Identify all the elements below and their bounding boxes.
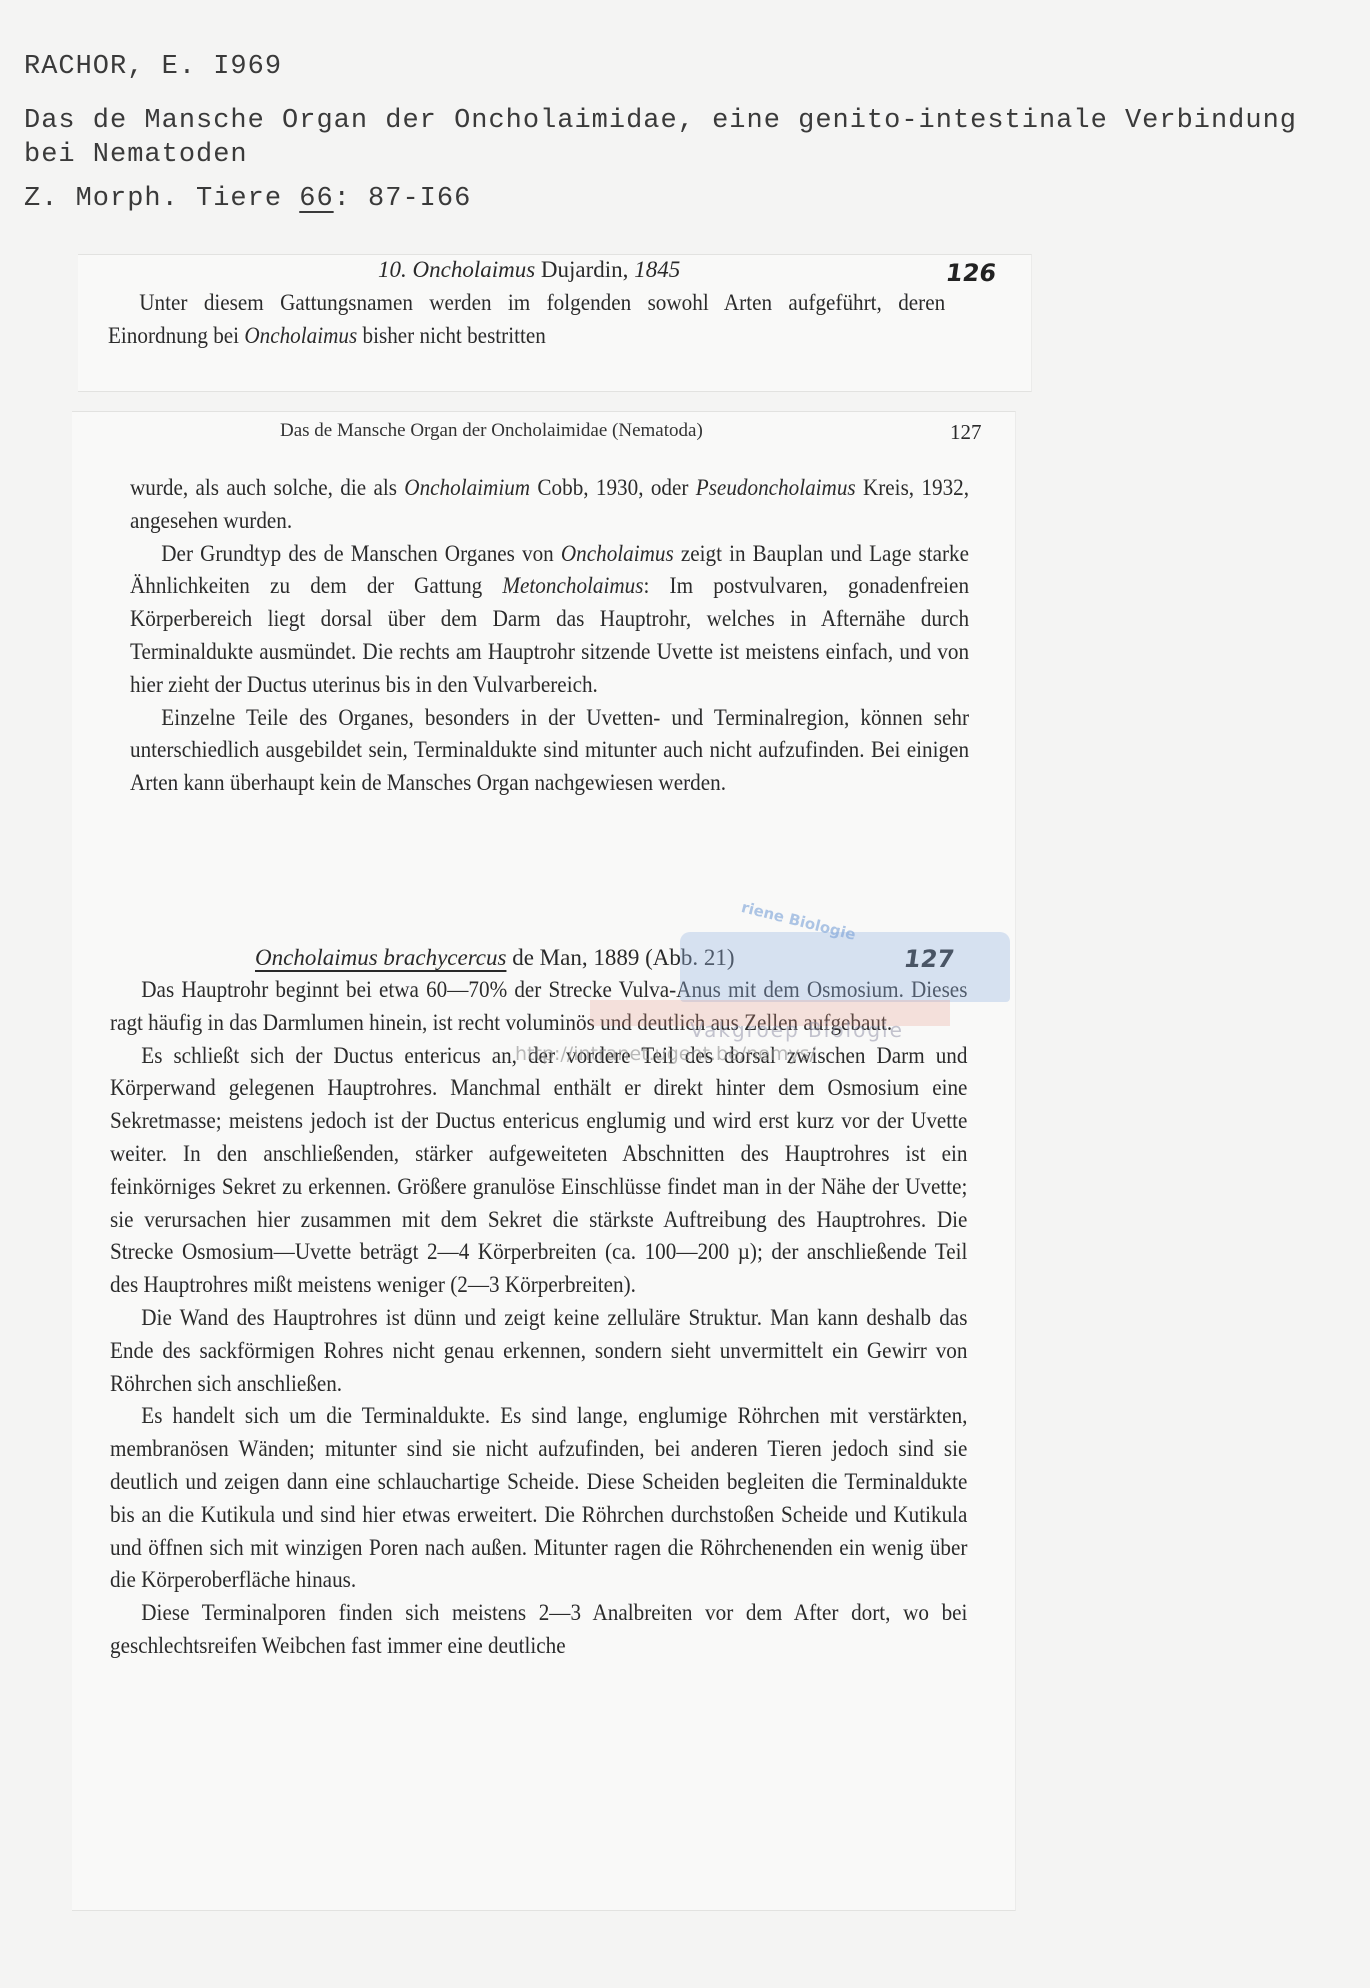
paragraph-5: Es schließt sich der Ductus entericus an… — [110, 1040, 967, 1302]
running-head: Das de Mansche Organ der Oncholaimidae (… — [280, 420, 703, 442]
species-name: Oncholaimus brachycercus — [255, 945, 506, 970]
citation-title: Das de Mansche Organ der Oncholaimidae, … — [24, 104, 1364, 172]
clip1-text: Unter diesem Gattungsnamen werden im fol… — [108, 287, 945, 353]
clip2-text-upper: wurde, als auch solche, die als Oncholai… — [130, 472, 969, 800]
paragraph-4: Das Hauptrohr beginnt bei etwa 60—70% de… — [110, 974, 967, 1040]
paragraph-6: Die Wand des Hauptrohres ist dünn und ze… — [110, 1302, 967, 1400]
citation-author-year: RACHOR, E. I969 — [24, 52, 282, 82]
genus-name: Oncholaimus — [413, 257, 536, 282]
citation-journal: Z. Morph. Tiere 66: 87-I66 — [24, 184, 471, 214]
species-heading: Oncholaimus brachycercus de Man, 1889 (A… — [255, 945, 735, 971]
paragraph-2: Der Grundtyp des de Manschen Organes von… — [130, 538, 969, 702]
paragraph-3: Einzelne Teile des Organes, besonders in… — [130, 702, 969, 800]
clipping-page-126: 10. Oncholaimus Dujardin, 1845 126 Unter… — [78, 254, 1032, 392]
handwritten-page-number: 126 — [944, 259, 998, 287]
handwritten-page-number: 127 — [902, 945, 956, 973]
paragraph-7: Es handelt sich um die Terminaldukte. Es… — [110, 1400, 967, 1597]
clip2-text-lower: Das Hauptrohr beginnt bei etwa 60—70% de… — [110, 974, 967, 1663]
page-number: 127 — [950, 420, 982, 445]
clipping-page-127: Das de Mansche Organ der Oncholaimidae (… — [72, 411, 1016, 1911]
journal-name: Z. Morph. Tiere — [24, 184, 299, 214]
journal-pages: : 87-I66 — [334, 184, 472, 214]
genus-heading: 10. Oncholaimus Dujardin, 1845 — [378, 257, 680, 283]
paragraph-8: Diese Terminalporen finden sich meistens… — [110, 1597, 967, 1663]
paragraph-1: wurde, als auch solche, die als Oncholai… — [130, 472, 969, 538]
journal-volume: 66 — [299, 184, 333, 214]
